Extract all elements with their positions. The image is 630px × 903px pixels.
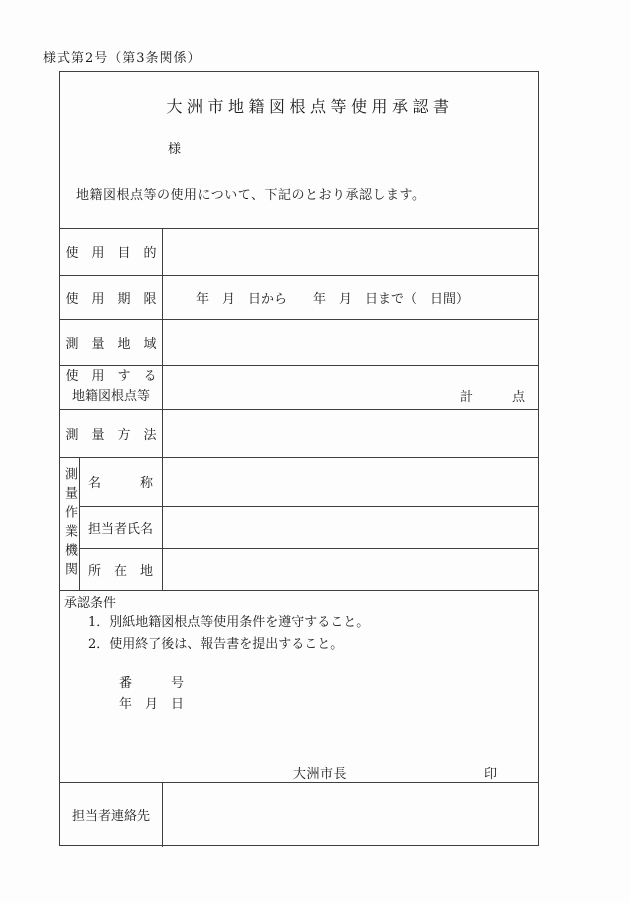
survey-method-label: 測 量 方 法: [60, 409, 162, 457]
survey-area-label: 測 量 地 域: [60, 319, 162, 365]
control-points-label-line1: 使 用 す る: [65, 367, 156, 387]
document-date-line: 年 月 日: [119, 693, 184, 712]
document-page: 様式第2号（第3条関係） 大洲市地籍図根点等使用承認書 様 地籍図根点等の使用に…: [0, 0, 630, 903]
control-points-label: 使 用 す る 地籍図根点等: [60, 365, 162, 409]
total-points-value: 計 点: [162, 365, 538, 409]
document-title: 大洲市地籍図根点等使用承認書: [60, 94, 538, 117]
usage-purpose-label: 使 用 目 的: [60, 228, 162, 275]
form-border-box: 大洲市地籍図根点等使用承認書 様 地籍図根点等の使用について、下記のとおり承認し…: [59, 71, 539, 846]
agency-vertical-label: 測量作業機関: [60, 457, 79, 590]
usage-period-value: 年 月 日から 年 月 日まで（ 日間）: [162, 275, 538, 319]
condition-item-1: 1．別紙地籍図根点等使用条件を遵守すること。: [88, 611, 369, 630]
form-number-label: 様式第2号（第3条関係）: [43, 47, 202, 66]
mayor-signature: 大洲市長: [293, 763, 347, 782]
divider-line: [162, 782, 163, 847]
agency-contact-person-label: 担当者氏名: [79, 506, 162, 548]
condition-item-2: 2．使用終了後は、報告書を提出すること。: [88, 633, 343, 652]
approval-conditions-cell: 承認条件 1．別紙地籍図根点等使用条件を遵守すること。 2．使用終了後は、報告書…: [60, 590, 538, 782]
seal-mark: 印: [484, 763, 497, 782]
document-number-line: 番 号: [119, 672, 184, 691]
intro-sentence: 地籍図根点等の使用について、下記のとおり承認します。: [76, 184, 425, 203]
addressee-suffix: 様: [168, 138, 181, 157]
usage-period-label: 使 用 期 限: [60, 275, 162, 319]
agency-address-label: 所 在 地: [79, 548, 162, 590]
contact-info-label: 担当者連絡先: [60, 782, 162, 847]
agency-name-label: 名 称: [79, 457, 162, 506]
control-points-label-line2: 地籍図根点等: [72, 387, 150, 407]
conditions-heading: 承認条件: [64, 592, 116, 611]
